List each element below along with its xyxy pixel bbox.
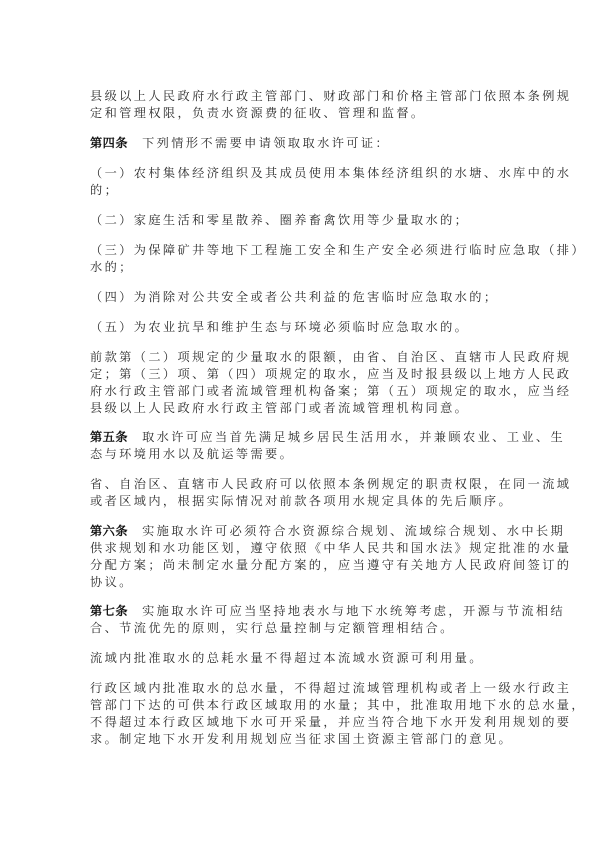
line-text: 取水许可应当首先满足城乡居民生活用水，并兼顾农业、工业、生: [142, 430, 565, 444]
text-line: 求。制定地下水开发利用规划应当征求国土资源主管部门的意见。: [90, 731, 510, 748]
line-text: 行政区域内批准取水的总水量，不得超过流域管理机构或者上一级水行政主: [90, 681, 571, 695]
text-line: 第七条实施取水许可应当坚持地表水与地下水统筹考虑，开源与节流相结: [90, 603, 510, 620]
line-text: （二）家庭生活和零星散养、圈养畜禽饮用等少量取水的；: [90, 213, 469, 227]
text-line: 定和管理权限，负责水资源费的征收、管理和监督。: [90, 105, 510, 122]
line-text: 定和管理权限，负责水资源费的征收、管理和监督。: [90, 106, 426, 120]
paragraph: 流域内批准取水的总耗水量不得超过本流域水资源可利用量。: [90, 650, 510, 667]
paragraph: （一）农村集体经济组织及其成员使用本集体经济组织的水塘、水库中的水的；: [90, 165, 510, 199]
line-text: 定；第（三）项、第（四）项规定的取水，应当及时报县级以上地方人民政: [90, 367, 571, 381]
line-text: 的；: [90, 183, 119, 197]
line-text: 水的；: [90, 260, 134, 274]
text-line: 管部门下达的可供本行政区域取用的水量；其中，批准取用地下水的总水量，: [90, 697, 510, 714]
line-text: 府水行政主管部门或者流域管理机构备案；第（五）项规定的取水，应当经: [90, 384, 571, 398]
text-line: 府水行政主管部门或者流域管理机构备案；第（五）项规定的取水，应当经: [90, 383, 510, 400]
text-line: 省、自治区、直辖市人民政府可以依照本条例规定的职责权限，在同一流域: [90, 476, 510, 493]
article-paragraph: 第七条实施取水许可应当坚持地表水与地下水统筹考虑，开源与节流相结合、节流优先的原…: [90, 603, 510, 637]
text-line: 协议。: [90, 574, 510, 591]
text-line: （五）为农业抗旱和维护生态与环境必须临时应急取水的。: [90, 319, 510, 336]
line-text: 前款第（二）项规定的少量取水的限额，由省、自治区、直辖市人民政府规: [90, 350, 571, 364]
text-line: （一）农村集体经济组织及其成员使用本集体经济组织的水塘、水库中的水: [90, 165, 510, 182]
line-text: 态与环境用水以及航运等需要。: [90, 447, 294, 461]
text-line: 水的；: [90, 259, 510, 276]
article-paragraph: 第五条取水许可应当首先满足城乡居民生活用水，并兼顾农业、工业、生态与环境用水以及…: [90, 429, 510, 463]
text-line: （二）家庭生活和零星散养、圈养畜禽饮用等少量取水的；: [90, 212, 510, 229]
line-text: （五）为农业抗旱和维护生态与环境必须临时应急取水的。: [90, 320, 469, 334]
text-line: （四）为消除对公共安全或者公共利益的危害临时应急取水的；: [90, 289, 510, 306]
text-line: 流域内批准取水的总耗水量不得超过本流域水资源可利用量。: [90, 650, 510, 667]
text-line: 县级以上人民政府水行政主管部门、财政部门和价格主管部门依照本条例规: [90, 88, 510, 105]
line-text: （三）为保障矿井等地下工程施工安全和生产安全必须进行临时应急取（排）: [90, 243, 586, 257]
text-line: 行政区域内批准取水的总水量，不得超过流域管理机构或者上一级水行政主: [90, 680, 510, 697]
line-text: 分配方案；尚未制定水量分配方案的，应当遵守有关地方人民政府间签订的: [90, 558, 571, 572]
paragraph: 县级以上人民政府水行政主管部门、财政部门和价格主管部门依照本条例规定和管理权限，…: [90, 88, 510, 122]
article-number: 第七条: [90, 604, 128, 618]
line-text: （四）为消除对公共安全或者公共利益的危害临时应急取水的；: [90, 290, 498, 304]
line-text: 县级以上人民政府水行政主管部门、财政部门和价格主管部门依照本条例规: [90, 89, 571, 103]
line-text: 协议。: [90, 575, 134, 589]
line-text: 实施取水许可必须符合水资源综合规划、流域综合规划、水中长期: [142, 524, 565, 538]
text-line: 县级以上人民政府水行政主管部门或者流域管理机构同意。: [90, 400, 510, 417]
text-line: 或者区域内，根据实际情况对前款各项用水规定具体的先后顺序。: [90, 493, 510, 510]
line-text: 合、节流优先的原则，实行总量控制与定额管理相结合。: [90, 621, 455, 635]
text-line: 分配方案；尚未制定水量分配方案的，应当遵守有关地方人民政府间签订的: [90, 557, 510, 574]
line-text: 流域内批准取水的总耗水量不得超过本流域水资源可利用量。: [90, 651, 484, 665]
text-line: 第五条取水许可应当首先满足城乡居民生活用水，并兼顾农业、工业、生: [90, 429, 510, 446]
paragraph: （五）为农业抗旱和维护生态与环境必须临时应急取水的。: [90, 319, 510, 336]
line-text: 管部门下达的可供本行政区域取用的水量；其中，批准取用地下水的总水量，: [90, 698, 586, 712]
article-paragraph: 第六条实施取水许可必须符合水资源综合规划、流域综合规划、水中长期供求规划和水功能…: [90, 523, 510, 591]
text-line: 前款第（二）项规定的少量取水的限额，由省、自治区、直辖市人民政府规: [90, 349, 510, 366]
line-text: 求。制定地下水开发利用规划应当征求国土资源主管部门的意见。: [90, 732, 513, 746]
line-text: 实施取水许可应当坚持地表水与地下水统筹考虑，开源与节流相结: [142, 604, 565, 618]
article-number: 第四条: [90, 136, 128, 150]
line-text: 或者区域内，根据实际情况对前款各项用水规定具体的先后顺序。: [90, 494, 513, 508]
text-line: 的；: [90, 182, 510, 199]
text-line: 不得超过本行政区域地下水可开采量，并应当符合地下水开发利用规划的要: [90, 714, 510, 731]
text-line: 供求规划和水功能区划，遵守依照《中华人民共和国水法》规定批准的水量: [90, 540, 510, 557]
article-paragraph: 第四条下列情形不需要申请领取取水许可证：: [90, 135, 510, 152]
line-text: 省、自治区、直辖市人民政府可以依照本条例规定的职责权限，在同一流域: [90, 477, 571, 491]
line-text: 供求规划和水功能区划，遵守依照《中华人民共和国水法》规定批准的水量: [90, 541, 571, 555]
text-line: （三）为保障矿井等地下工程施工安全和生产安全必须进行临时应急取（排）: [90, 242, 510, 259]
line-text: 县级以上人民政府水行政主管部门或者流域管理机构同意。: [90, 401, 469, 415]
line-text: 不得超过本行政区域地下水可开采量，并应当符合地下水开发利用规划的要: [90, 715, 571, 729]
text-line: 合、节流优先的原则，实行总量控制与定额管理相结合。: [90, 620, 510, 637]
paragraph: （二）家庭生活和零星散养、圈养畜禽饮用等少量取水的；: [90, 212, 510, 229]
paragraph: （四）为消除对公共安全或者公共利益的危害临时应急取水的；: [90, 289, 510, 306]
text-line: 第六条实施取水许可必须符合水资源综合规划、流域综合规划、水中长期: [90, 523, 510, 540]
text-line: 定；第（三）项、第（四）项规定的取水，应当及时报县级以上地方人民政: [90, 366, 510, 383]
article-number: 第五条: [90, 430, 128, 444]
paragraph: 前款第（二）项规定的少量取水的限额，由省、自治区、直辖市人民政府规定；第（三）项…: [90, 349, 510, 417]
text-line: 第四条下列情形不需要申请领取取水许可证：: [90, 135, 510, 152]
text-line: 态与环境用水以及航运等需要。: [90, 446, 510, 463]
paragraph: （三）为保障矿井等地下工程施工安全和生产安全必须进行临时应急取（排）水的；: [90, 242, 510, 276]
line-text: 下列情形不需要申请领取取水许可证：: [142, 136, 390, 150]
paragraph: 行政区域内批准取水的总水量，不得超过流域管理机构或者上一级水行政主管部门下达的可…: [90, 680, 510, 748]
paragraph: 省、自治区、直辖市人民政府可以依照本条例规定的职责权限，在同一流域或者区域内，根…: [90, 476, 510, 510]
article-number: 第六条: [90, 524, 128, 538]
line-text: （一）农村集体经济组织及其成员使用本集体经济组织的水塘、水库中的水: [90, 166, 571, 180]
